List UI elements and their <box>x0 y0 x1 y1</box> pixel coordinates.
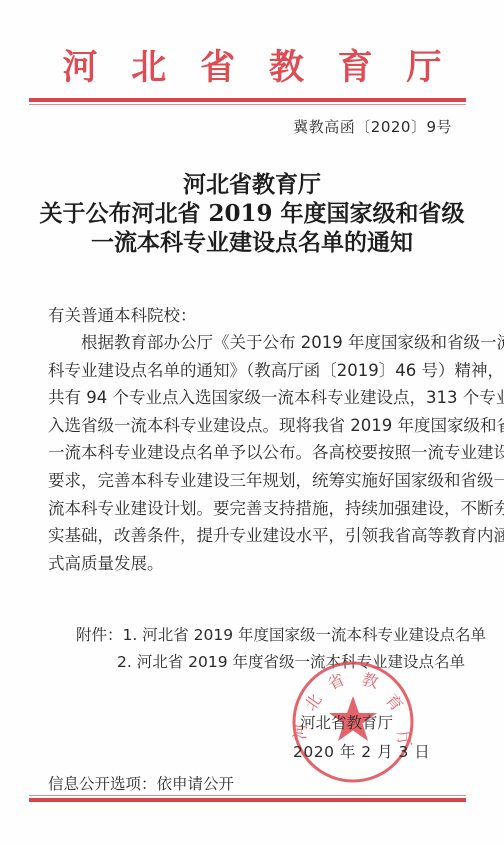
footer-rule-thin <box>29 795 466 796</box>
document-page: 河 北 省 教 育 厅 冀教高函〔2020〕9号 河北省教育厅 关于公布河北省 … <box>0 0 504 844</box>
title-line-2: 关于公布河北省 2019 年度国家级和省级 <box>0 199 504 228</box>
body-line: 一流本科专业建设点名单予以公布。各高校要按照一流专业建设 <box>48 439 454 467</box>
document-title: 河北省教育厅 关于公布河北省 2019 年度国家级和省级 一流本科专业建设点名单… <box>0 170 504 257</box>
attachment-item-1: 1. 河北省 2019 年度国家级一流本科专业建设点名单 <box>123 626 487 644</box>
body-line: 要求，完善本科专业建设三年规划，统筹实施好国家级和省级一 <box>48 467 454 495</box>
body-line: 共有 94 个专业点入选国家级一流本科专业建设点，313 个专业点 <box>48 384 454 412</box>
title-line-1: 河北省教育厅 <box>0 170 504 199</box>
body-line: 根据教育部办公厅《关于公布 2019 年度国家级和省级一流本 <box>48 329 454 357</box>
body-line: 实基础，改善条件，提升专业建设水平，引领我省高等教育内涵 <box>48 522 454 550</box>
disclosure-option: 信息公开选项：依申请公开 <box>48 772 234 794</box>
body-paragraph: 根据教育部办公厅《关于公布 2019 年度国家级和省级一流本 科专业建设点名单的… <box>48 329 454 577</box>
attachments-label: 附件： <box>76 626 123 644</box>
issuer-signature: 河北省教育厅 <box>300 711 393 733</box>
body-line: 入选省级一流本科专业建设点。现将我省 2019 年度国家级和省级 <box>48 412 454 440</box>
footer-rule-thick <box>29 798 466 802</box>
body-line: 科专业建设点名单的通知》（教高厅函〔2019〕46 号）精神，我省 <box>48 357 454 385</box>
attachments-list: 附件：1. 河北省 2019 年度国家级一流本科专业建设点名单 2. 河北省 2… <box>76 622 486 676</box>
title-line-3: 一流本科专业建设点名单的通知 <box>0 228 504 257</box>
body-line: 流本科专业建设计划。要完善支持措施，持续加强建设，不断夯 <box>48 495 454 523</box>
masthead-char: 教 <box>268 50 304 85</box>
masthead-title: 河 北 省 教 育 厅 <box>62 44 442 90</box>
body-line: 式高质量发展。 <box>48 550 454 578</box>
masthead-rule-thin <box>29 104 466 105</box>
masthead-char: 北 <box>131 50 167 85</box>
masthead-char: 省 <box>200 50 236 85</box>
issue-date: 2020 年 2 月 3 日 <box>293 740 430 762</box>
svg-text:省: 省 <box>325 670 348 694</box>
masthead-char: 河 <box>62 50 98 85</box>
masthead-rule-thick <box>29 98 466 102</box>
salutation: 有关普通本科院校： <box>48 302 197 326</box>
masthead-char: 育 <box>337 50 373 85</box>
masthead-char: 厅 <box>406 50 442 85</box>
document-number: 冀教高函〔2020〕9号 <box>293 116 452 137</box>
svg-text:教: 教 <box>360 670 380 692</box>
